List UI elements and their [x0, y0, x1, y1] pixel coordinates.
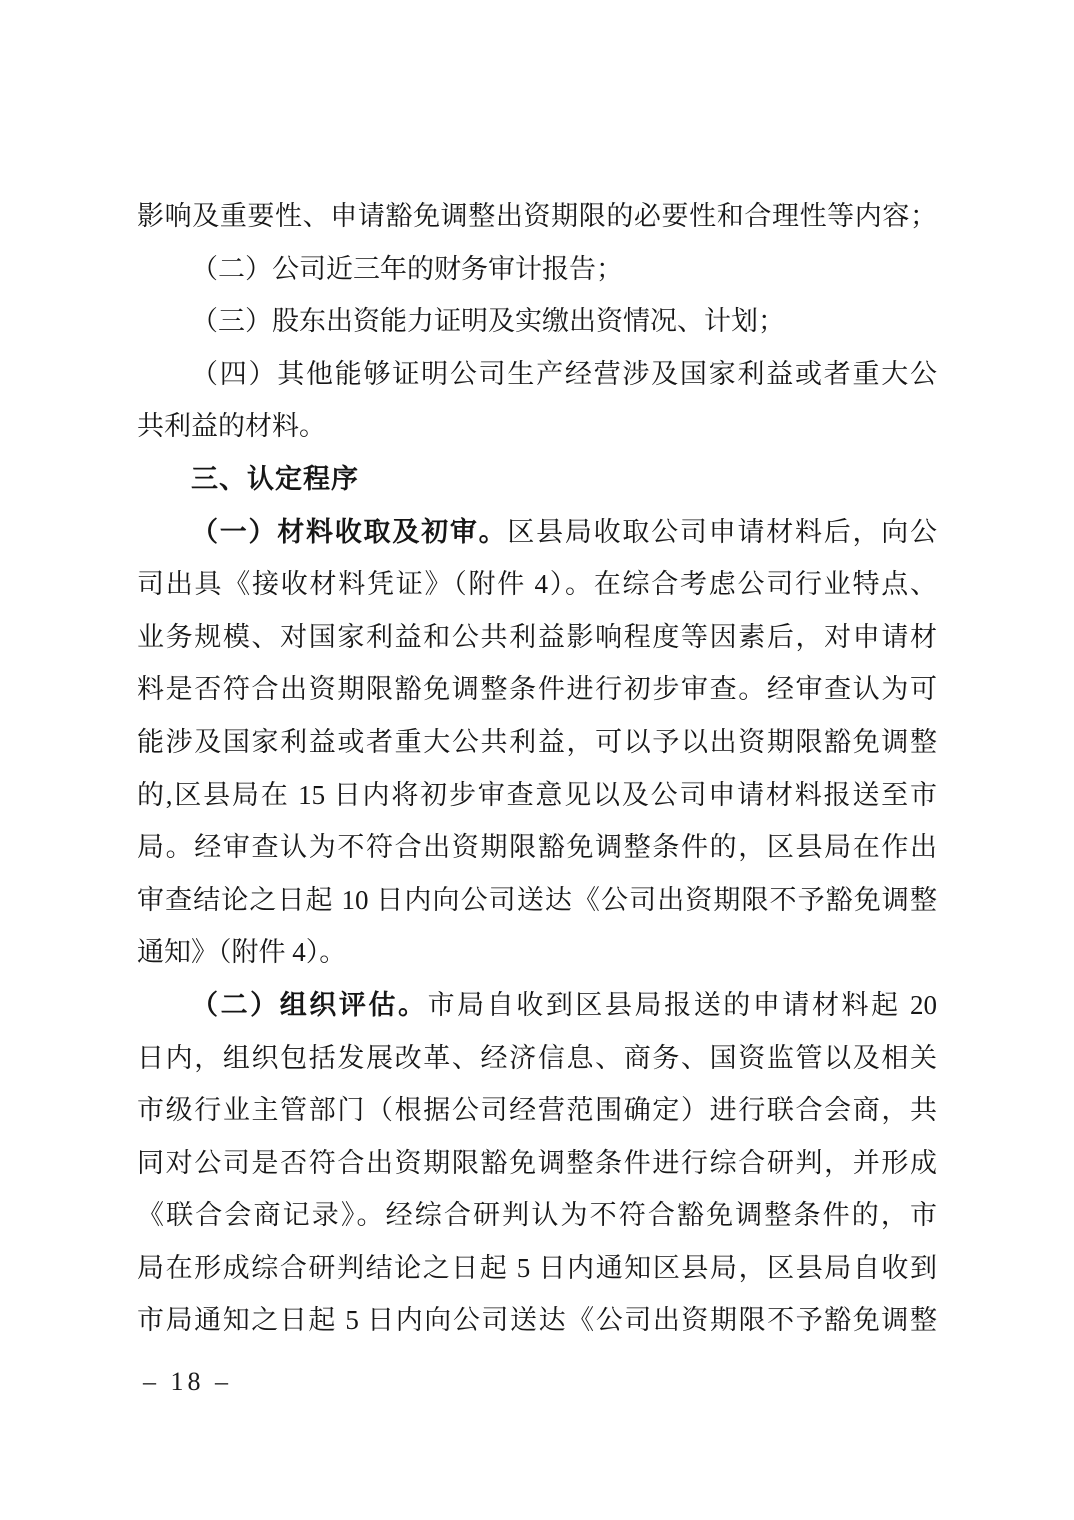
text-line: 的,区县局在 15 日内将初步审查意见以及公司申请材料报送至市: [137, 769, 937, 822]
body-text: 日内，组织包括发展改革、经济信息、商务、国资监管以及相关: [137, 1043, 937, 1073]
body-text: 司出具《接收材料凭证》（附件 4）。在综合考虑公司行业特点、: [137, 569, 937, 599]
paragraph-lead-text: （二）组织评估。: [191, 990, 428, 1020]
body-text: 共利益的材料。: [137, 411, 326, 441]
page-number: – 18 –: [143, 1362, 232, 1402]
body-text: 局在形成综合研判结论之日起 5 日内通知区县局，区县局自收到: [137, 1253, 937, 1283]
body-text: 业务规模、对国家利益和公共利益影响程度等因素后，对申请材: [137, 622, 937, 652]
text-line: 影响及重要性、申请豁免调整出资期限的必要性和合理性等内容；: [137, 190, 937, 243]
text-line: 局在形成综合研判结论之日起 5 日内通知区县局，区县局自收到: [137, 1242, 937, 1295]
text-line: 市局通知之日起 5 日内向公司送达《公司出资期限不予豁免调整: [137, 1294, 937, 1347]
body-text: 《联合会商记录》。经综合研判认为不符合豁免调整条件的，市: [137, 1200, 937, 1230]
body-text: （四）其他能够证明公司生产经营涉及国家利益或者重大公: [191, 359, 937, 389]
body-text: （二）公司近三年的财务审计报告；: [191, 254, 623, 284]
document-body: 影响及重要性、申请豁免调整出资期限的必要性和合理性等内容；（二）公司近三年的财务…: [137, 190, 937, 1347]
text-line: （一）材料收取及初审。区县局收取公司申请材料后，向公: [137, 506, 937, 559]
document-page: 影响及重要性、申请豁免调整出资期限的必要性和合理性等内容；（二）公司近三年的财务…: [0, 0, 1074, 1520]
body-text: 区县局收取公司申请材料后，向公: [507, 517, 937, 547]
body-text: （三）股东出资能力证明及实缴出资情况、计划；: [191, 306, 785, 336]
text-line: 料是否符合出资期限豁免调整条件进行初步审查。经审查认为可: [137, 663, 937, 716]
body-text: 能涉及国家利益或者重大公共利益，可以予以出资期限豁免调整: [137, 727, 937, 757]
text-line: 市级行业主管部门（根据公司经营范围确定）进行联合会商，共: [137, 1084, 937, 1137]
text-line: 共利益的材料。: [137, 400, 937, 453]
body-text: 影响及重要性、申请豁免调整出资期限的必要性和合理性等内容；: [137, 201, 937, 231]
body-text: 同对公司是否符合出资期限豁免调整条件进行综合研判，并形成: [137, 1148, 937, 1178]
body-text: 市局自收到区县局报送的申请材料起 20: [428, 990, 937, 1020]
text-line: 《联合会商记录》。经综合研判认为不符合豁免调整条件的，市: [137, 1189, 937, 1242]
text-line: 通知》（附件 4）。: [137, 926, 937, 979]
body-text: 通知》（附件 4）。: [137, 937, 346, 967]
text-line: 同对公司是否符合出资期限豁免调整条件进行综合研判，并形成: [137, 1137, 937, 1190]
body-text: 料是否符合出资期限豁免调整条件进行初步审查。经审查认为可: [137, 674, 937, 704]
text-line: 业务规模、对国家利益和公共利益影响程度等因素后，对申请材: [137, 611, 937, 664]
text-line: 审查结论之日起 10 日内向公司送达《公司出资期限不予豁免调整: [137, 874, 937, 927]
body-text: 市局通知之日起 5 日内向公司送达《公司出资期限不予豁免调整: [137, 1305, 937, 1335]
text-line: 三、认定程序: [137, 453, 937, 506]
body-text: 市级行业主管部门（根据公司经营范围确定）进行联合会商，共: [137, 1095, 937, 1125]
body-text: 审查结论之日起 10 日内向公司送达《公司出资期限不予豁免调整: [137, 885, 937, 915]
text-line: （二）组织评估。市局自收到区县局报送的申请材料起 20: [137, 979, 937, 1032]
text-line: （二）公司近三年的财务审计报告；: [137, 243, 937, 296]
text-line: （四）其他能够证明公司生产经营涉及国家利益或者重大公: [137, 348, 937, 401]
text-line: 局。经审查认为不符合出资期限豁免调整条件的，区县局在作出: [137, 821, 937, 874]
text-line: 能涉及国家利益或者重大公共利益，可以予以出资期限豁免调整: [137, 716, 937, 769]
text-line: （三）股东出资能力证明及实缴出资情况、计划；: [137, 295, 937, 348]
text-line: 日内，组织包括发展改革、经济信息、商务、国资监管以及相关: [137, 1032, 937, 1085]
paragraph-lead-text: （一）材料收取及初审。: [191, 517, 507, 547]
body-text: 的,区县局在 15 日内将初步审查意见以及公司申请材料报送至市: [137, 780, 937, 810]
section-heading-text: 三、认定程序: [191, 464, 359, 494]
text-line: 司出具《接收材料凭证》（附件 4）。在综合考虑公司行业特点、: [137, 558, 937, 611]
body-text: 局。经审查认为不符合出资期限豁免调整条件的，区县局在作出: [137, 832, 937, 862]
